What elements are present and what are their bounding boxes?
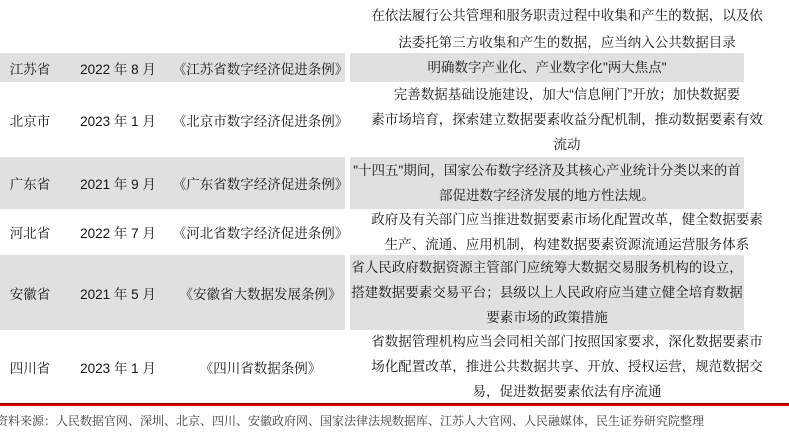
table-row: 在依法履行公共管理和服务职责过程中收集和产生的数据，以及依 法委托第三方收集和产…: [0, 0, 789, 53]
date-cell: [60, 0, 176, 53]
table-row: 河北省 2022 年 7 月 《河北省数字经济促进条例》 政府及有关部门应当推进…: [0, 209, 789, 255]
description-cell: 省人民政府数据资源主管部门应统筹大数据交易服务机构的设立， 搭建数据要素交易平台…: [350, 255, 789, 330]
date-cell: 2023 年 1 月: [60, 82, 176, 157]
table-row: 四川省 2023 年 1 月 《四川省数据条例》 省数据管理机构应当会同相关部门…: [0, 330, 789, 403]
province-cell: 安徽省: [0, 255, 60, 330]
description-line: 明确数字产业化、产业数字化"两大焦点": [350, 55, 744, 80]
regulation-cell: 《广东省数字经济促进条例》: [176, 157, 345, 209]
description-cell: "十四五"期间，国家公布数字经济及其核心产业统计分类以来的首 部促进数字经济发展…: [350, 157, 789, 209]
red-divider-line: [0, 403, 789, 406]
description-line: 生产、流通、应用机制，构建数据要素资源流通运营服务体系: [350, 232, 784, 255]
source-note: 资料来源：人民数据官网、深圳、北京、四川、安徽政府网、国家法律法规数据库、江苏人…: [0, 413, 789, 429]
province-cell: 江苏省: [0, 53, 60, 82]
description-cell: 省数据管理机构应当会同相关部门按照国家要求，深化数据要素市 场化配置改革，推进公…: [350, 330, 789, 403]
regulation-cell: 《安徽省大数据发展条例》: [176, 255, 345, 330]
description-line: 省人民政府数据资源主管部门应统筹大数据交易服务机构的设立，: [350, 255, 744, 280]
description-line: 法委托第三方收集和产生的数据，应当纳入公共数据目录: [350, 29, 784, 53]
table-row: 安徽省 2021 年 5 月 《安徽省大数据发展条例》 省人民政府数据资源主管部…: [0, 255, 789, 330]
date-cell: 2022 年 7 月: [60, 209, 176, 255]
regulation-cell: 《河北省数字经济促进条例》: [176, 209, 345, 255]
date-cell: 2023 年 1 月: [60, 330, 176, 403]
description-line: "十四五"期间，国家公布数字经济及其核心产业统计分类以来的首: [350, 158, 744, 183]
table-row: 江苏省 2022 年 8 月 《江苏省数字经济促进条例》 明确数字产业化、产业数…: [0, 53, 789, 82]
description-line: 在依法履行公共管理和服务职责过程中收集和产生的数据，以及依: [350, 2, 784, 29]
province-cell: 四川省: [0, 330, 60, 403]
description-line: 要素市场的政策措施: [350, 305, 744, 330]
regulations-table: 在依法履行公共管理和服务职责过程中收集和产生的数据，以及依 法委托第三方收集和产…: [0, 0, 789, 403]
description-cell: 完善数据基础设施建设，加大“信息闸门”开放；加快数据要 素市场培育，探索建立数据…: [350, 82, 789, 157]
regulation-cell: 《江苏省数字经济促进条例》: [176, 53, 345, 82]
table-row: 北京市 2023 年 1 月 《北京市数字经济促进条例》 完善数据基础设施建设，…: [0, 82, 789, 157]
date-cell: 2022 年 8 月: [60, 53, 176, 82]
description-cell: 政府及有关部门应当推进数据要素市场化配置改革，健全数据要素 生产、流通、应用机制…: [350, 209, 789, 255]
regulation-cell: [176, 0, 345, 53]
regulation-cell: 《四川省数据条例》: [176, 330, 345, 403]
description-line: 素市场培育，探索建立数据要素收益分配机制，推动数据要素有效: [350, 107, 784, 132]
date-cell: 2021 年 5 月: [60, 255, 176, 330]
description-line: 易，促进数据要素依法有序流通: [350, 379, 784, 403]
description-cell: 在依法履行公共管理和服务职责过程中收集和产生的数据，以及依 法委托第三方收集和产…: [350, 0, 789, 53]
description-line: 政府及有关部门应当推进数据要素市场化配置改革，健全数据要素: [350, 209, 784, 232]
report-table-page: 在依法履行公共管理和服务职责过程中收集和产生的数据，以及依 法委托第三方收集和产…: [0, 0, 789, 434]
description-line: 部促进数字经济发展的地方性法规。: [350, 183, 744, 208]
description-line: 流动: [350, 132, 784, 157]
province-cell: [0, 0, 60, 53]
province-cell: 河北省: [0, 209, 60, 255]
description-line: 完善数据基础设施建设，加大“信息闸门”开放；加快数据要: [350, 82, 784, 107]
description-line: 搭建数据要素交易平台；县级以上人民政府应当建立健全培育数据: [350, 280, 744, 305]
province-cell: 广东省: [0, 157, 60, 209]
description-line: 省数据管理机构应当会同相关部门按照国家要求，深化数据要素市: [350, 330, 784, 354]
province-cell: 北京市: [0, 82, 60, 157]
regulation-cell: 《北京市数字经济促进条例》: [176, 82, 345, 157]
description-line: 场化配置改革，推进公共数据共享、开放、授权运营，规范数据交: [350, 354, 784, 379]
description-cell: 明确数字产业化、产业数字化"两大焦点": [350, 53, 789, 82]
date-cell: 2021 年 9 月: [60, 157, 176, 209]
table-row: 广东省 2021 年 9 月 《广东省数字经济促进条例》 "十四五"期间，国家公…: [0, 157, 789, 209]
